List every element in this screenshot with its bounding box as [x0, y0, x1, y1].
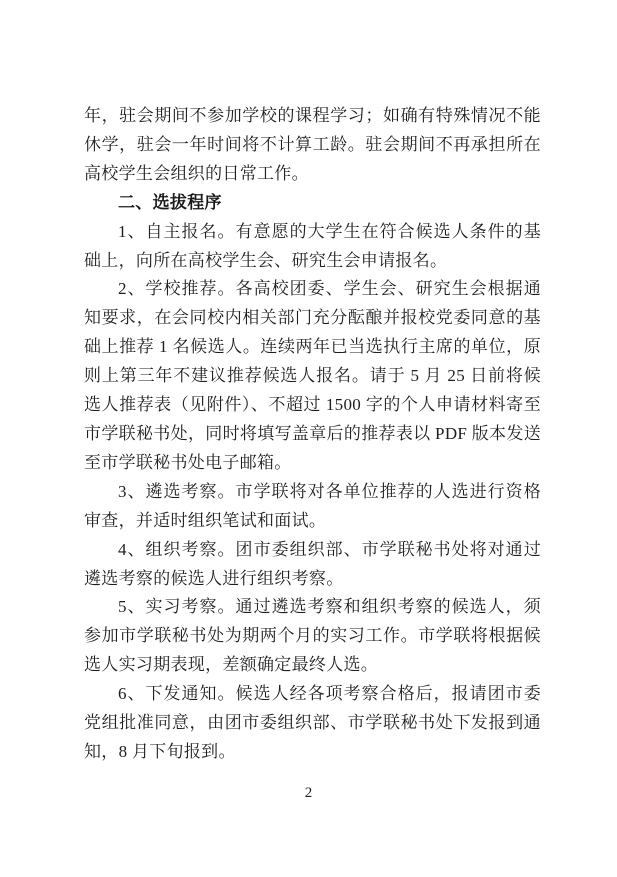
document-body: 年，驻会期间不参加学校的课程学习；如确有特殊情况不能休学，驻会一年时间将不计算工… [84, 102, 541, 767]
page-number: 2 [0, 783, 617, 803]
continuation-paragraph: 年，驻会期间不参加学校的课程学习；如确有特殊情况不能休学，驻会一年时间将不计算工… [84, 102, 541, 189]
paragraph-step-1: 1、自主报名。有意愿的大学生在符合候选人条件的基础上，向所在高校学生会、研究生会… [84, 218, 541, 276]
paragraph-step-2: 2、学校推荐。各高校团委、学生会、研究生会根据通知要求，在会同校内相关部门充分酝… [84, 275, 541, 477]
paragraph-step-5: 5、实习考察。通过遴选考察和组织考察的候选人，须参加市学联秘书处为期两个月的实习… [84, 593, 541, 680]
document-page: 年，驻会期间不参加学校的课程学习；如确有特殊情况不能休学，驻会一年时间将不计算工… [0, 0, 617, 877]
paragraph-step-6: 6、下发通知。候选人经各项考察合格后，报请团市委党组批准同意，由团市委组织部、市… [84, 680, 541, 767]
paragraph-step-3: 3、遴选考察。市学联将对各单位推荐的人选进行资格审查，并适时组织笔试和面试。 [84, 478, 541, 536]
paragraph-step-4: 4、组织考察。团市委组织部、市学联秘书处将对通过遴选考察的候选人进行组织考察。 [84, 536, 541, 594]
section-heading: 二、选拔程序 [84, 189, 541, 218]
